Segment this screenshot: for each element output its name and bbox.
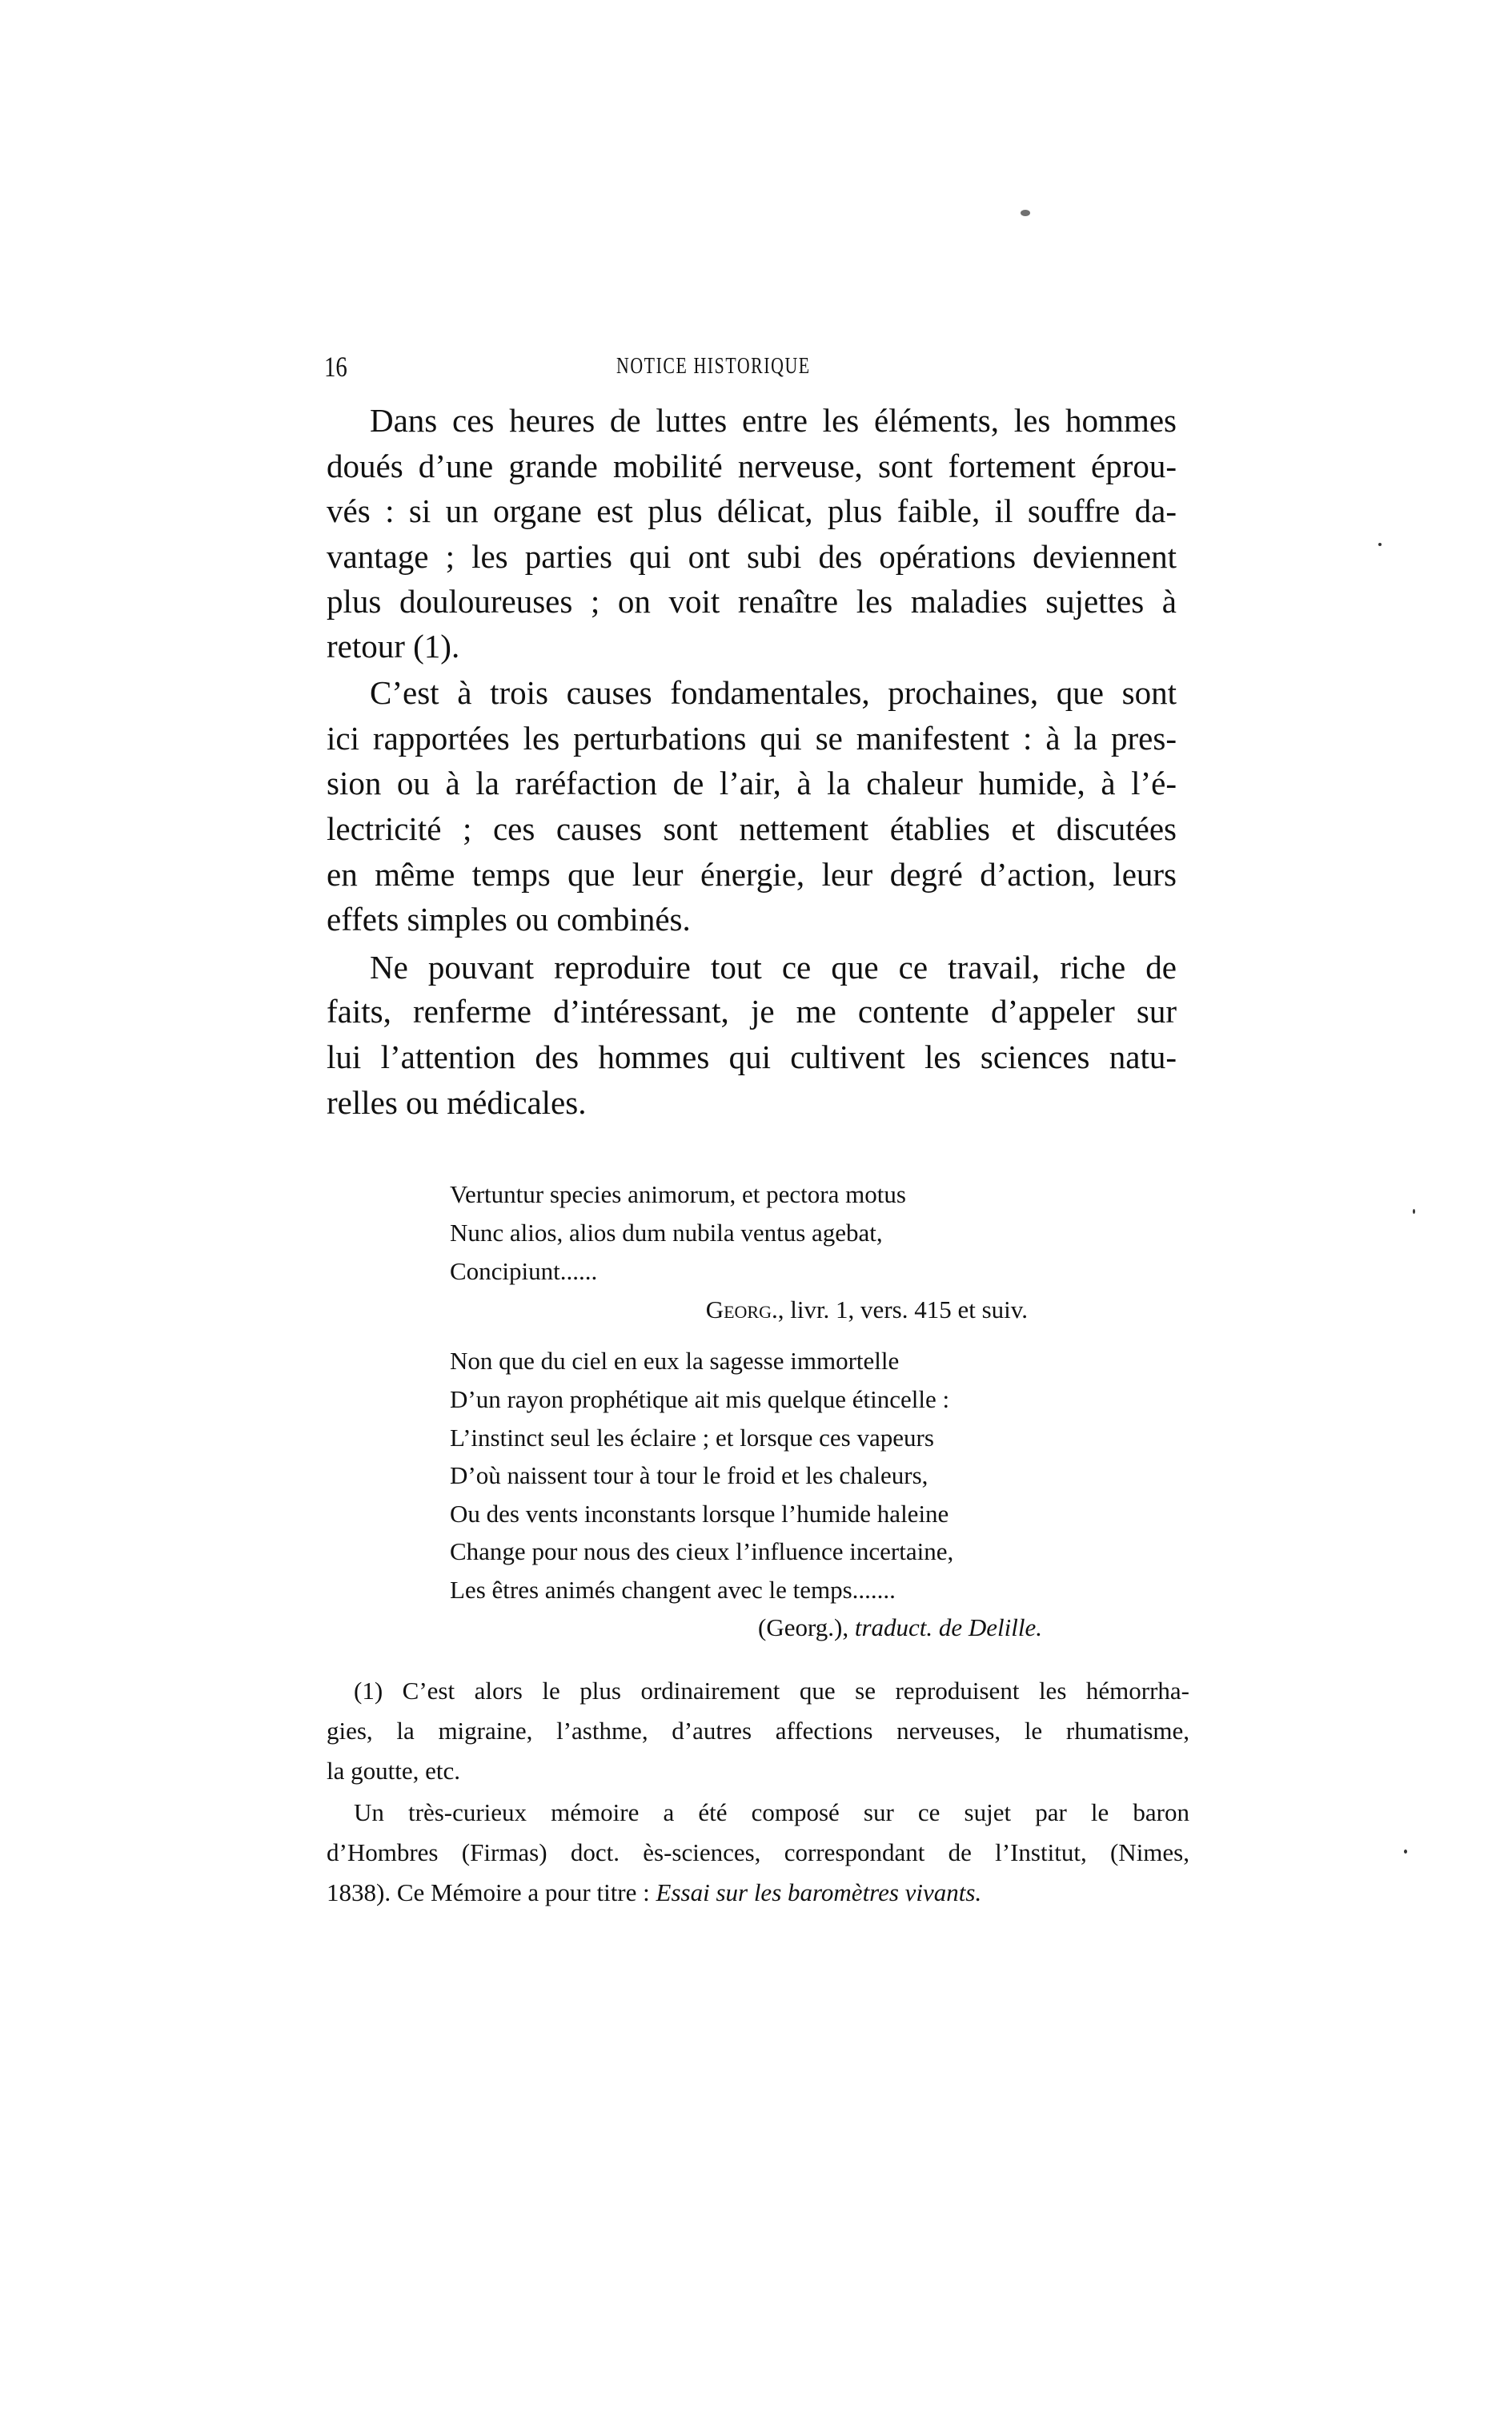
text-line: sion ou à la raréfaction de l’air, à la … [327,763,1177,803]
text-line: lui l’attention des hommes qui cultivent… [327,1037,1177,1077]
text-line: en même temps que leur énergie, leur deg… [327,854,1177,894]
verse-line: L’instinct seul les éclaire ; et lorsque… [450,1422,934,1454]
book-page: 16 NOTICE HISTORIQUE Dans ces heures de … [0,0,1512,2410]
attribution-translator: traduct. de Delille. [855,1613,1042,1641]
verse-line: Non que du ciel en eux la sagesse immort… [450,1345,899,1377]
footnote-line: (1) C’est alors le plus ordinairement qu… [354,1675,1189,1707]
attribution-source: Georg. [706,1295,778,1323]
scan-speck [1378,543,1382,546]
verse-line: Concipiunt...... [450,1255,597,1287]
text-line: relles ou médicales. [327,1082,1177,1123]
text-line: vantage ; les parties qui ont subi des o… [327,536,1177,576]
footnote-line: la goutte, etc. [327,1755,1189,1787]
text-line: retour (1). [327,626,1177,666]
french-attribution: (Georg.), traduct. de Delille. [720,1612,1042,1644]
text-line: vés : si un organe est plus délicat, plu… [327,491,1177,531]
running-title: NOTICE HISTORIQUE [616,354,811,380]
latin-attribution: Georg., livr. 1, vers. 415 et suiv. [650,1294,1028,1326]
verse-line: Nunc alios, alios dum nubila ventus ageb… [450,1217,883,1249]
verse-line: D’un rayon prophétique ait mis quelque é… [450,1384,949,1416]
verse-line: Ou des vents inconstants lorsque l’humid… [450,1498,949,1530]
text-line: Dans ces heures de luttes entre les élém… [370,400,1177,440]
text-line: lectricité ; ces causes sont nettement é… [327,809,1177,849]
footnote-line: Un très-curieux mémoire a été composé su… [354,1797,1189,1829]
footnote-line: d’Hombres (Firmas) doct. ès-sciences, co… [327,1837,1189,1869]
footnote-line: 1838). Ce Mémoire a pour titre : Essai s… [327,1877,1189,1909]
page-number: 16 [324,351,347,383]
verse-line: Vertuntur species animorum, et pectora m… [450,1179,906,1211]
attribution-source: (Georg.), [758,1613,855,1641]
text-line: ici rapportées les perturbations qui se … [327,718,1177,758]
verse-line: D’où naissent tour à tour le froid et le… [450,1460,928,1492]
text-line: doués d’une grande mobilité nerveuse, so… [327,446,1177,486]
scan-speck [1021,210,1030,216]
scan-speck [1413,1209,1415,1214]
verse-line: Les êtres animés changent avec le temps.… [450,1574,896,1606]
verse-line: Change pour nous des cieux l’influence i… [450,1536,953,1568]
text-line: plus douloureuses ; on voit renaître les… [327,581,1177,621]
attribution-reference: , livr. 1, vers. 415 et suiv. [778,1295,1028,1323]
scan-speck [1404,1850,1407,1854]
text-line: C’est à trois causes fondamentales, proc… [370,673,1177,713]
text-line: effets simples ou combinés. [327,899,1177,939]
text-line: faits, renferme d’intéressant, je me con… [327,991,1177,1031]
text-line: Ne pouvant reproduire tout ce que ce tra… [370,947,1177,987]
footnote-line: gies, la migraine, l’asthme, d’autres af… [327,1715,1189,1747]
footnote-text: 1838). Ce Mémoire a pour titre : [327,1878,656,1906]
memoir-title: Essai sur les baromètres vivants. [656,1878,982,1906]
